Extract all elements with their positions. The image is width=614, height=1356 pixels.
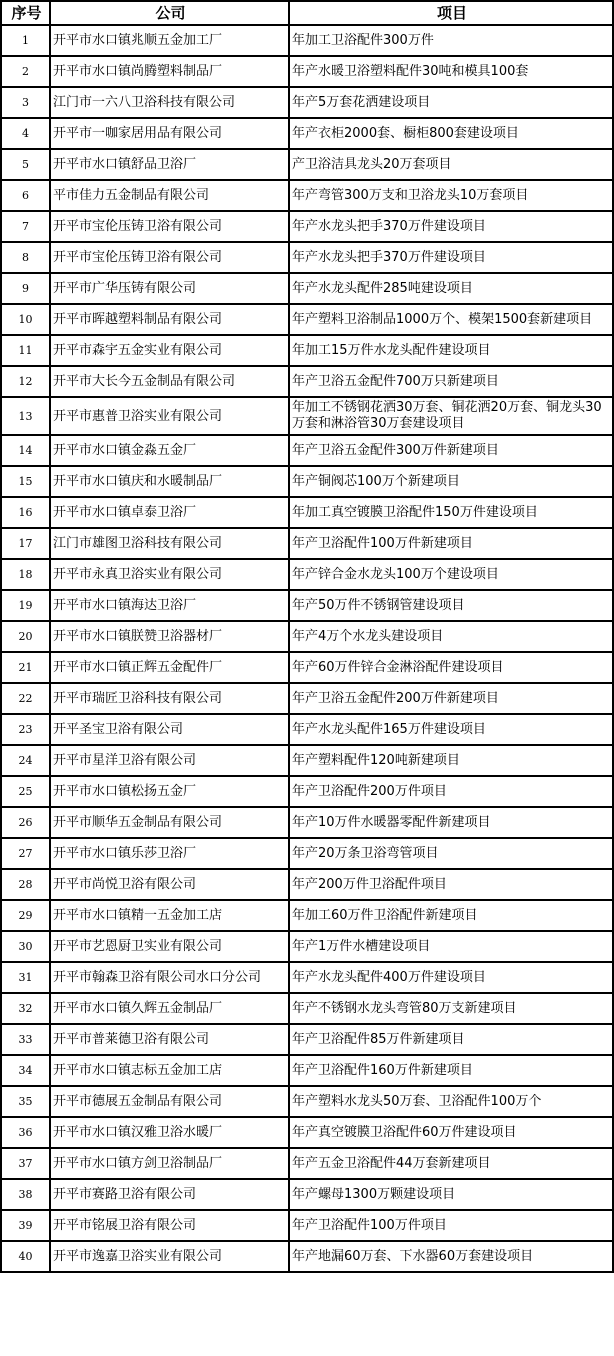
row-index: 26 [1,807,50,838]
row-project: 年产20万条卫浴弯管项目 [289,838,613,869]
row-project: 年产卫浴五金配件300万件新建项目 [289,435,613,466]
row-company: 开平市逸嘉卫浴实业有限公司 [50,1241,289,1272]
table-row: 34开平市水口镇志标五金加工店年产卫浴配件160万件新建项目 [1,1055,613,1086]
row-project: 年产塑料配件120吨新建项目 [289,745,613,776]
row-project: 年产卫浴五金配件200万件新建项目 [289,683,613,714]
row-company: 开平市水口镇志标五金加工店 [50,1055,289,1086]
row-company: 开平市水口镇汉雅卫浴水暖厂 [50,1117,289,1148]
table-row: 3江门市一六八卫浴科技有限公司年产5万套花洒建设项目 [1,87,613,118]
row-project: 年产卫浴配件85万件新建项目 [289,1024,613,1055]
row-company: 开平市大长今五金制品有限公司 [50,366,289,397]
row-company: 开平市宝伦压铸卫浴有限公司 [50,211,289,242]
table-row: 23开平圣宝卫浴有限公司年产水龙头配件165万件建设项目 [1,714,613,745]
row-index: 33 [1,1024,50,1055]
row-project: 年产1万件水槽建设项目 [289,931,613,962]
table-row: 32开平市水口镇久辉五金制品厂年产不锈钢水龙头弯管80万支新建项目 [1,993,613,1024]
row-project: 年产卫浴配件100万件新建项目 [289,528,613,559]
row-project: 年产5万套花洒建设项目 [289,87,613,118]
row-project: 年加工15万件水龙头配件建设项目 [289,335,613,366]
row-index: 18 [1,559,50,590]
table-row: 6平市佳力五金制品有限公司年产弯管300万支和卫浴龙头10万套项目 [1,180,613,211]
row-project: 年产50万件不锈钢管建设项目 [289,590,613,621]
row-company: 开平市宝伦压铸卫浴有限公司 [50,242,289,273]
table-row: 7开平市宝伦压铸卫浴有限公司年产水龙头把手370万件建设项目 [1,211,613,242]
row-company: 开平市赛路卫浴有限公司 [50,1179,289,1210]
row-company: 开平市瑞匠卫浴科技有限公司 [50,683,289,714]
row-index: 6 [1,180,50,211]
row-project: 年产10万件水暖器零配件新建项目 [289,807,613,838]
row-company: 开平市艺恩厨卫实业有限公司 [50,931,289,962]
row-project: 产卫浴洁具龙头20万套项目 [289,149,613,180]
header-index: 序号 [1,1,50,25]
table-row: 26开平市顺华五金制品有限公司年产10万件水暖器零配件新建项目 [1,807,613,838]
row-company: 开平市水口镇正辉五金配件厂 [50,652,289,683]
row-company: 开平市晖越塑料制品有限公司 [50,304,289,335]
table-row: 5开平市水口镇舒品卫浴厂产卫浴洁具龙头20万套项目 [1,149,613,180]
row-company: 开平市一咖家居用品有限公司 [50,118,289,149]
table-row: 12开平市大长今五金制品有限公司年产卫浴五金配件700万只新建项目 [1,366,613,397]
row-project: 年产塑料水龙头50万套、卫浴配件100万个 [289,1086,613,1117]
row-index: 32 [1,993,50,1024]
row-company: 开平市德展五金制品有限公司 [50,1086,289,1117]
table-header-row: 序号 公司 项目 [1,1,613,25]
row-index: 13 [1,397,50,435]
row-project: 年产五金卫浴配件44万套新建项目 [289,1148,613,1179]
row-project: 年产卫浴配件100万件项目 [289,1210,613,1241]
table-row: 37开平市水口镇方剑卫浴制品厂年产五金卫浴配件44万套新建项目 [1,1148,613,1179]
row-index: 37 [1,1148,50,1179]
row-project: 年加工60万件卫浴配件新建项目 [289,900,613,931]
table-row: 18开平市永真卫浴实业有限公司年产锌合金水龙头100万个建设项目 [1,559,613,590]
table-row: 38开平市赛路卫浴有限公司年产螺母1300万颗建设项目 [1,1179,613,1210]
table-body: 1开平市水口镇兆顺五金加工厂年加工卫浴配件300万件2开平市水口镇尚腾塑料制品厂… [1,25,613,1272]
row-company: 平市佳力五金制品有限公司 [50,180,289,211]
table-row: 17江门市雄图卫浴科技有限公司年产卫浴配件100万件新建项目 [1,528,613,559]
row-project: 年产水龙头把手370万件建设项目 [289,242,613,273]
row-index: 31 [1,962,50,993]
row-company: 开平市水口镇兆顺五金加工厂 [50,25,289,56]
row-project: 年加工真空镀膜卫浴配件150万件建设项目 [289,497,613,528]
table-row: 16开平市水口镇卓泰卫浴厂年加工真空镀膜卫浴配件150万件建设项目 [1,497,613,528]
row-index: 17 [1,528,50,559]
table-row: 28开平市尚悦卫浴有限公司年产200万件卫浴配件项目 [1,869,613,900]
table-row: 29开平市水口镇精一五金加工店年加工60万件卫浴配件新建项目 [1,900,613,931]
row-project: 年产200万件卫浴配件项目 [289,869,613,900]
row-index: 3 [1,87,50,118]
row-project: 年产地漏60万套、下水器60万套建设项目 [289,1241,613,1272]
table-row: 31开平市翰森卫浴有限公司水口分公司年产水龙头配件400万件建设项目 [1,962,613,993]
table-row: 21开平市水口镇正辉五金配件厂年产60万件锌合金淋浴配件建设项目 [1,652,613,683]
row-company: 开平市广华压铸有限公司 [50,273,289,304]
table-row: 19开平市水口镇海达卫浴厂年产50万件不锈钢管建设项目 [1,590,613,621]
row-project: 年产真空镀膜卫浴配件60万件建设项目 [289,1117,613,1148]
row-company: 开平市水口镇朕赞卫浴器材厂 [50,621,289,652]
table-row: 4开平市一咖家居用品有限公司年产衣柜2000套、橱柜800套建设项目 [1,118,613,149]
row-company: 开平市惠普卫浴实业有限公司 [50,397,289,435]
row-project: 年产水龙头配件400万件建设项目 [289,962,613,993]
row-index: 28 [1,869,50,900]
row-project: 年产水龙头配件165万件建设项目 [289,714,613,745]
row-index: 10 [1,304,50,335]
row-index: 5 [1,149,50,180]
row-index: 40 [1,1241,50,1272]
row-index: 24 [1,745,50,776]
row-index: 2 [1,56,50,87]
table-row: 10开平市晖越塑料制品有限公司年产塑料卫浴制品1000万个、模架1500套新建项… [1,304,613,335]
table-row: 15开平市水口镇庆和水暖制品厂年产铜阀芯100万个新建项目 [1,466,613,497]
row-company: 开平市顺华五金制品有限公司 [50,807,289,838]
table-row: 35开平市德展五金制品有限公司年产塑料水龙头50万套、卫浴配件100万个 [1,1086,613,1117]
row-index: 29 [1,900,50,931]
row-index: 20 [1,621,50,652]
project-list-table: 序号 公司 项目 1开平市水口镇兆顺五金加工厂年加工卫浴配件300万件2开平市水… [0,0,614,1273]
table-row: 24开平市星洋卫浴有限公司年产塑料配件120吨新建项目 [1,745,613,776]
header-company: 公司 [50,1,289,25]
table-row: 2开平市水口镇尚腾塑料制品厂年产水暖卫浴塑料配件30吨和模具100套 [1,56,613,87]
row-project: 年加工不锈钢花洒30万套、铜花洒20万套、铜龙头30万套和淋浴管30万套建设项目 [289,397,613,435]
table-row: 20开平市水口镇朕赞卫浴器材厂年产4万个水龙头建设项目 [1,621,613,652]
row-index: 15 [1,466,50,497]
row-index: 7 [1,211,50,242]
row-company: 开平市翰森卫浴有限公司水口分公司 [50,962,289,993]
row-company: 开平市永真卫浴实业有限公司 [50,559,289,590]
table-row: 22开平市瑞匠卫浴科技有限公司年产卫浴五金配件200万件新建项目 [1,683,613,714]
row-index: 16 [1,497,50,528]
row-index: 38 [1,1179,50,1210]
row-project: 年产螺母1300万颗建设项目 [289,1179,613,1210]
row-index: 30 [1,931,50,962]
row-project: 年产弯管300万支和卫浴龙头10万套项目 [289,180,613,211]
table-row: 8开平市宝伦压铸卫浴有限公司年产水龙头把手370万件建设项目 [1,242,613,273]
row-company: 开平市星洋卫浴有限公司 [50,745,289,776]
table-row: 33开平市普莱德卫浴有限公司年产卫浴配件85万件新建项目 [1,1024,613,1055]
row-index: 25 [1,776,50,807]
row-company: 开平市尚悦卫浴有限公司 [50,869,289,900]
table-row: 27开平市水口镇乐莎卫浴厂年产20万条卫浴弯管项目 [1,838,613,869]
row-project: 年产卫浴五金配件700万只新建项目 [289,366,613,397]
row-company: 江门市雄图卫浴科技有限公司 [50,528,289,559]
row-company: 开平市水口镇海达卫浴厂 [50,590,289,621]
row-company: 开平圣宝卫浴有限公司 [50,714,289,745]
row-company: 开平市水口镇尚腾塑料制品厂 [50,56,289,87]
row-index: 12 [1,366,50,397]
row-company: 江门市一六八卫浴科技有限公司 [50,87,289,118]
row-index: 39 [1,1210,50,1241]
row-index: 11 [1,335,50,366]
row-project: 年产60万件锌合金淋浴配件建设项目 [289,652,613,683]
row-company: 开平市水口镇松扬五金厂 [50,776,289,807]
row-company: 开平市水口镇乐莎卫浴厂 [50,838,289,869]
table-row: 36开平市水口镇汉雅卫浴水暖厂年产真空镀膜卫浴配件60万件建设项目 [1,1117,613,1148]
row-project: 年产锌合金水龙头100万个建设项目 [289,559,613,590]
row-project: 年产水龙头配件285吨建设项目 [289,273,613,304]
row-company: 开平市普莱德卫浴有限公司 [50,1024,289,1055]
row-index: 23 [1,714,50,745]
row-index: 1 [1,25,50,56]
table-row: 1开平市水口镇兆顺五金加工厂年加工卫浴配件300万件 [1,25,613,56]
row-company: 开平市铭展卫浴有限公司 [50,1210,289,1241]
row-company: 开平市水口镇久辉五金制品厂 [50,993,289,1024]
row-index: 34 [1,1055,50,1086]
table-row: 9开平市广华压铸有限公司年产水龙头配件285吨建设项目 [1,273,613,304]
row-index: 35 [1,1086,50,1117]
row-project: 年产衣柜2000套、橱柜800套建设项目 [289,118,613,149]
row-project: 年产卫浴配件200万件项目 [289,776,613,807]
row-project: 年产卫浴配件160万件新建项目 [289,1055,613,1086]
row-project: 年产铜阀芯100万个新建项目 [289,466,613,497]
row-project: 年产不锈钢水龙头弯管80万支新建项目 [289,993,613,1024]
row-index: 4 [1,118,50,149]
row-company: 开平市水口镇精一五金加工店 [50,900,289,931]
row-project: 年产水龙头把手370万件建设项目 [289,211,613,242]
row-project: 年产塑料卫浴制品1000万个、模架1500套新建项目 [289,304,613,335]
header-project: 项目 [289,1,613,25]
row-index: 36 [1,1117,50,1148]
row-project: 年加工卫浴配件300万件 [289,25,613,56]
row-index: 21 [1,652,50,683]
row-index: 19 [1,590,50,621]
table-row: 30开平市艺恩厨卫实业有限公司年产1万件水槽建设项目 [1,931,613,962]
table-row: 11开平市森宇五金实业有限公司年加工15万件水龙头配件建设项目 [1,335,613,366]
table-row: 25开平市水口镇松扬五金厂年产卫浴配件200万件项目 [1,776,613,807]
row-company: 开平市水口镇金淼五金厂 [50,435,289,466]
table-row: 39开平市铭展卫浴有限公司年产卫浴配件100万件项目 [1,1210,613,1241]
row-index: 22 [1,683,50,714]
row-company: 开平市水口镇方剑卫浴制品厂 [50,1148,289,1179]
row-project: 年产4万个水龙头建设项目 [289,621,613,652]
row-company: 开平市水口镇庆和水暖制品厂 [50,466,289,497]
table-row: 14开平市水口镇金淼五金厂年产卫浴五金配件300万件新建项目 [1,435,613,466]
table-row: 13开平市惠普卫浴实业有限公司年加工不锈钢花洒30万套、铜花洒20万套、铜龙头3… [1,397,613,435]
row-index: 8 [1,242,50,273]
row-company: 开平市水口镇舒品卫浴厂 [50,149,289,180]
table-row: 40开平市逸嘉卫浴实业有限公司年产地漏60万套、下水器60万套建设项目 [1,1241,613,1272]
row-index: 14 [1,435,50,466]
row-project: 年产水暖卫浴塑料配件30吨和模具100套 [289,56,613,87]
row-company: 开平市水口镇卓泰卫浴厂 [50,497,289,528]
row-index: 9 [1,273,50,304]
row-company: 开平市森宇五金实业有限公司 [50,335,289,366]
row-index: 27 [1,838,50,869]
